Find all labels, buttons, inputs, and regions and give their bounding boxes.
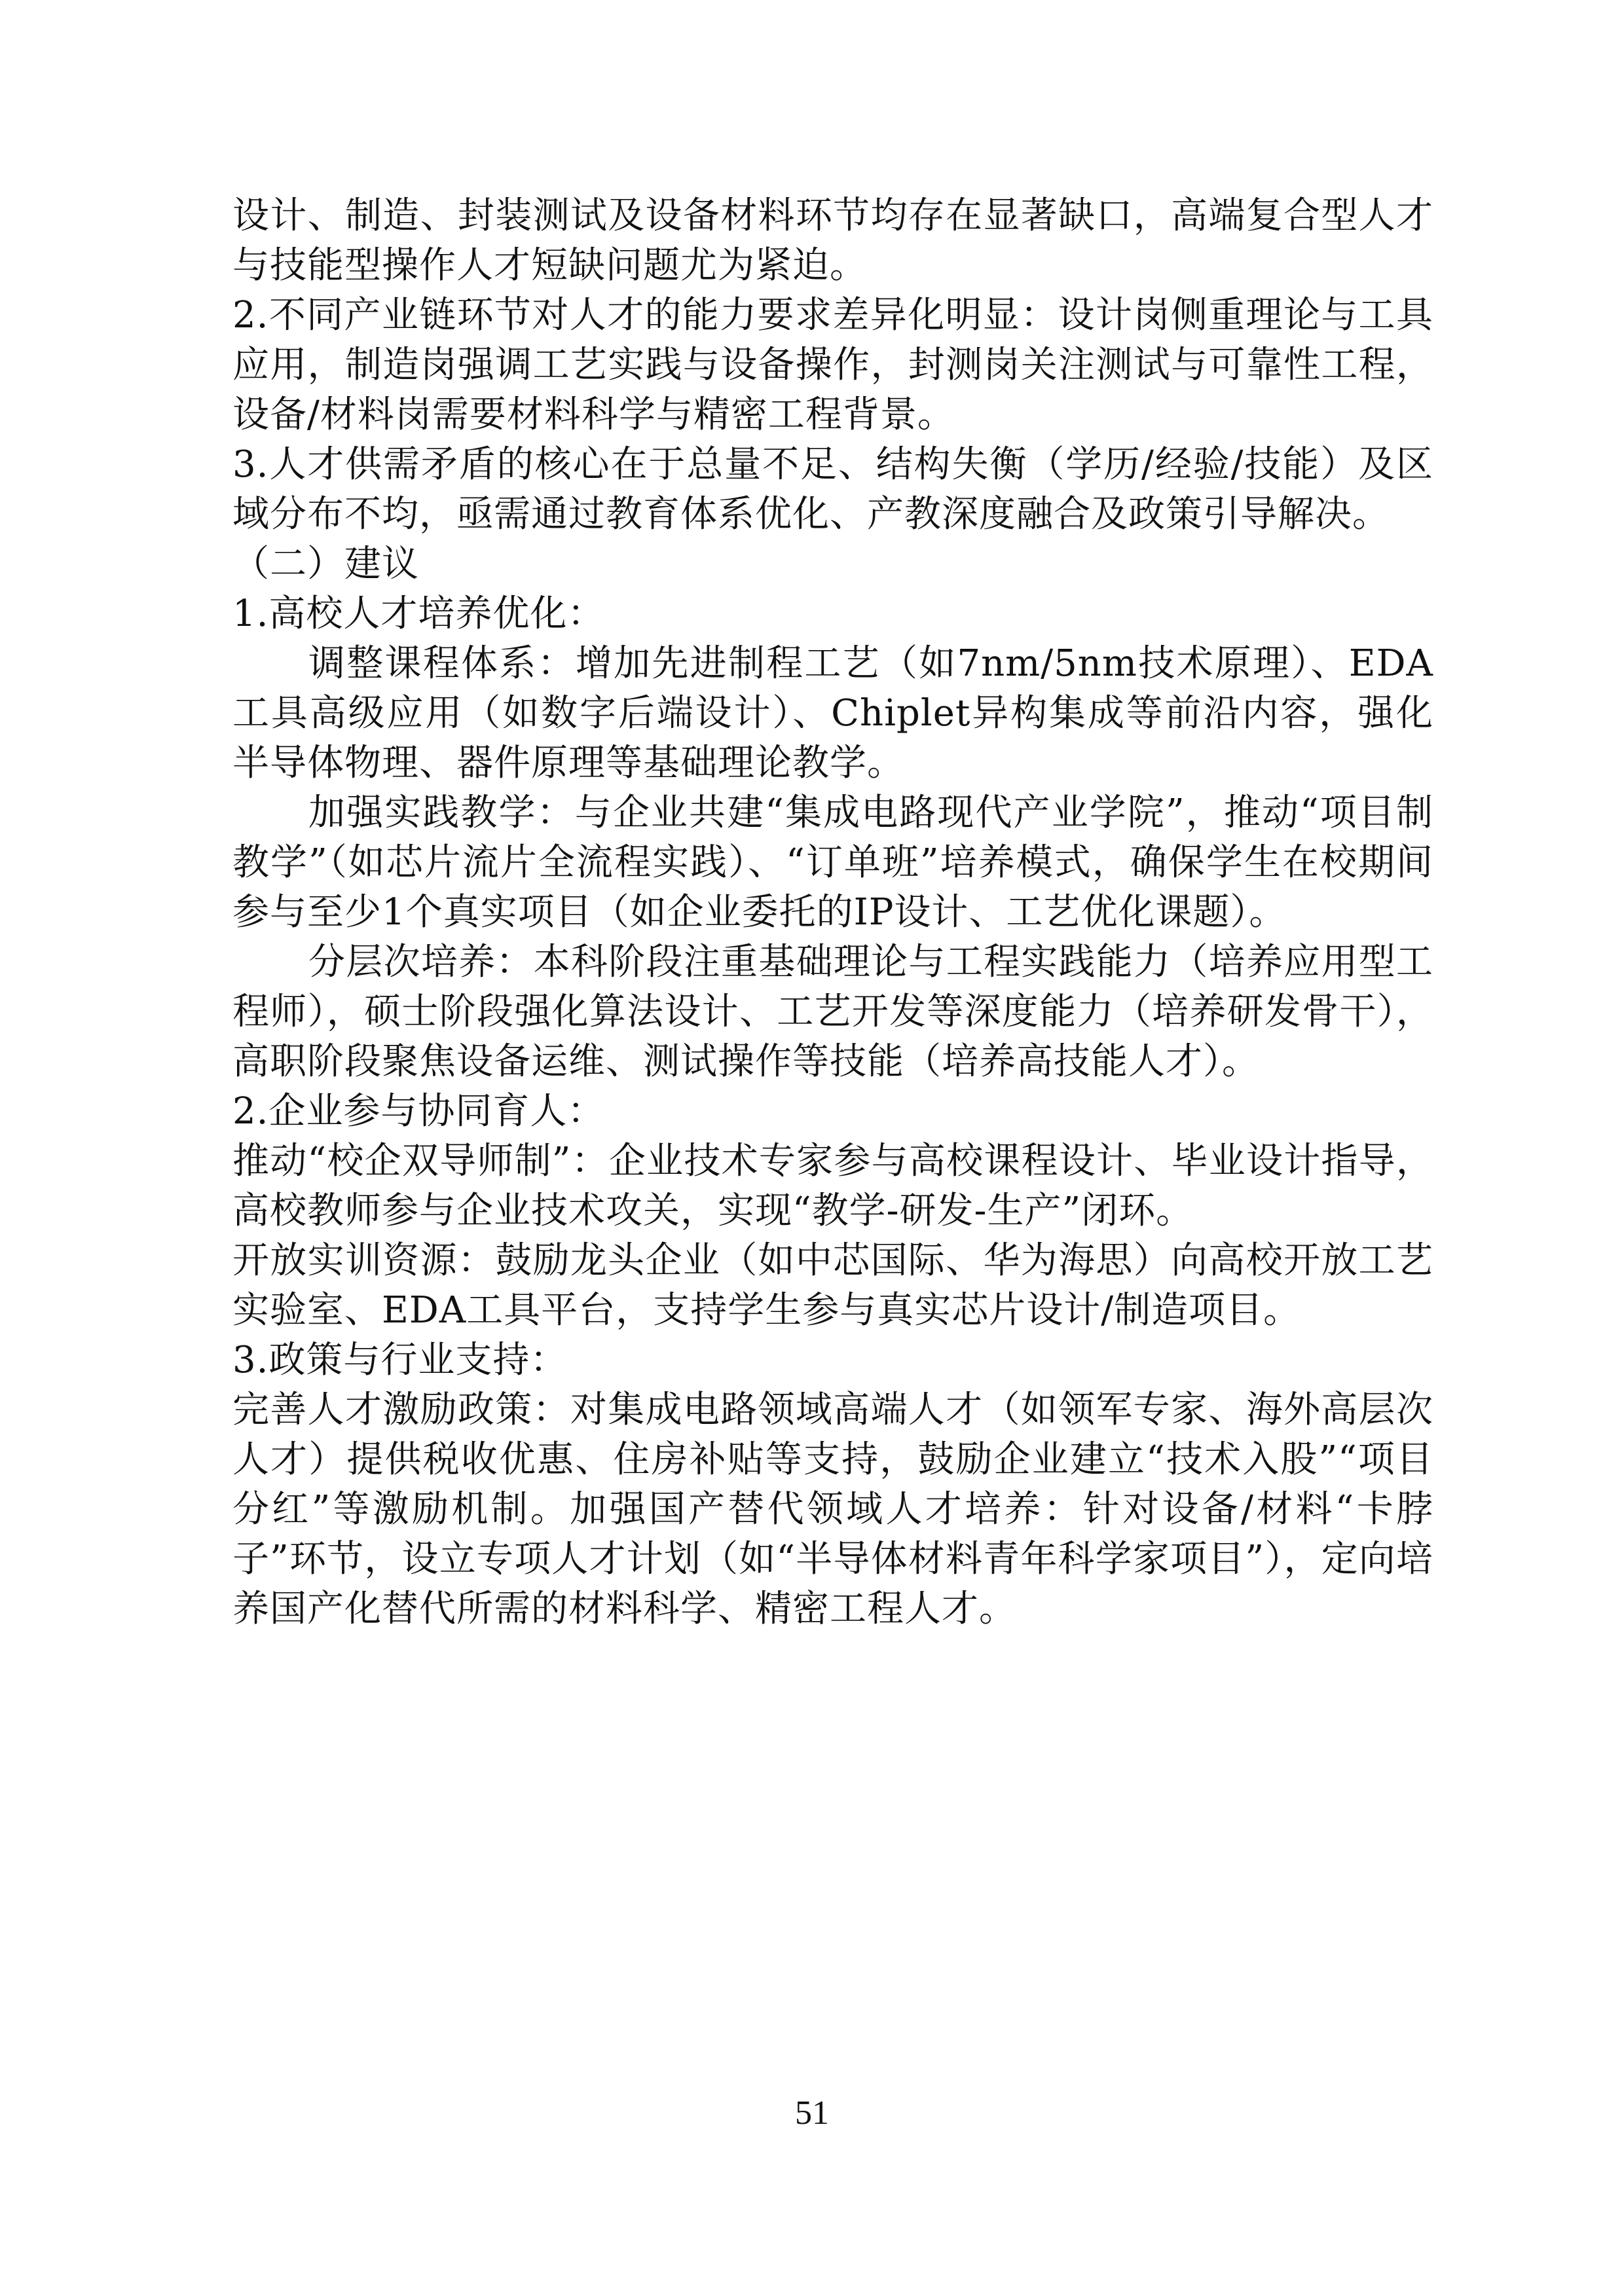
recommendation-1-practice: 加强实践教学：与企业共建“集成电路现代产业学院”，推动“项目制教学”（如芯片流片… <box>232 788 1433 938</box>
recommendation-1-curriculum: 调整课程体系：增加先进制程工艺（如7nm/5nm技术原理）、EDA工具高级应用（… <box>232 639 1433 788</box>
conclusion-paragraph-1-continued: 设计、制造、封装测试及设备材料环节均存在显著缺口，高端复合型人才与技能型操作人才… <box>232 191 1433 291</box>
recommendation-1-tiered-training: 分层次培养：本科阶段注重基础理论与工程实践能力（培养应用型工程师），硕士阶段强化… <box>232 938 1433 1087</box>
page-number: 51 <box>0 2094 1624 2132</box>
document-body: 设计、制造、封装测试及设备材料环节均存在显著缺口，高端复合型人才与技能型操作人才… <box>232 191 1433 1634</box>
recommendation-1-title: 1.高校人才培养优化： <box>232 589 1433 639</box>
recommendation-3-title: 3.政策与行业支持： <box>232 1336 1433 1385</box>
recommendation-2-open-resources: 开放实训资源：鼓励龙头企业（如中芯国际、华为海思）向高校开放工艺实验室、EDA工… <box>232 1236 1433 1336</box>
recommendation-2-dual-mentors: 推动“校企双导师制”：企业技术专家参与高校课程设计、毕业设计指导，高校教师参与企… <box>232 1137 1433 1236</box>
conclusion-paragraph-2: 2.不同产业链环节对人才的能力要求差异化明显：设计岗侧重理论与工具应用，制造岗强… <box>232 291 1433 440</box>
recommendation-2-title: 2.企业参与协同育人： <box>232 1087 1433 1137</box>
recommendation-3-policy: 完善人才激励政策：对集成电路领域高端人才（如领军专家、海外高层次人才）提供税收优… <box>232 1385 1433 1634</box>
conclusion-paragraph-3: 3.人才供需矛盾的核心在于总量不足、结构失衡（学历/经验/技能）及区域分布不均，… <box>232 440 1433 539</box>
section-heading-recommendations: （二）建议 <box>232 539 1433 589</box>
